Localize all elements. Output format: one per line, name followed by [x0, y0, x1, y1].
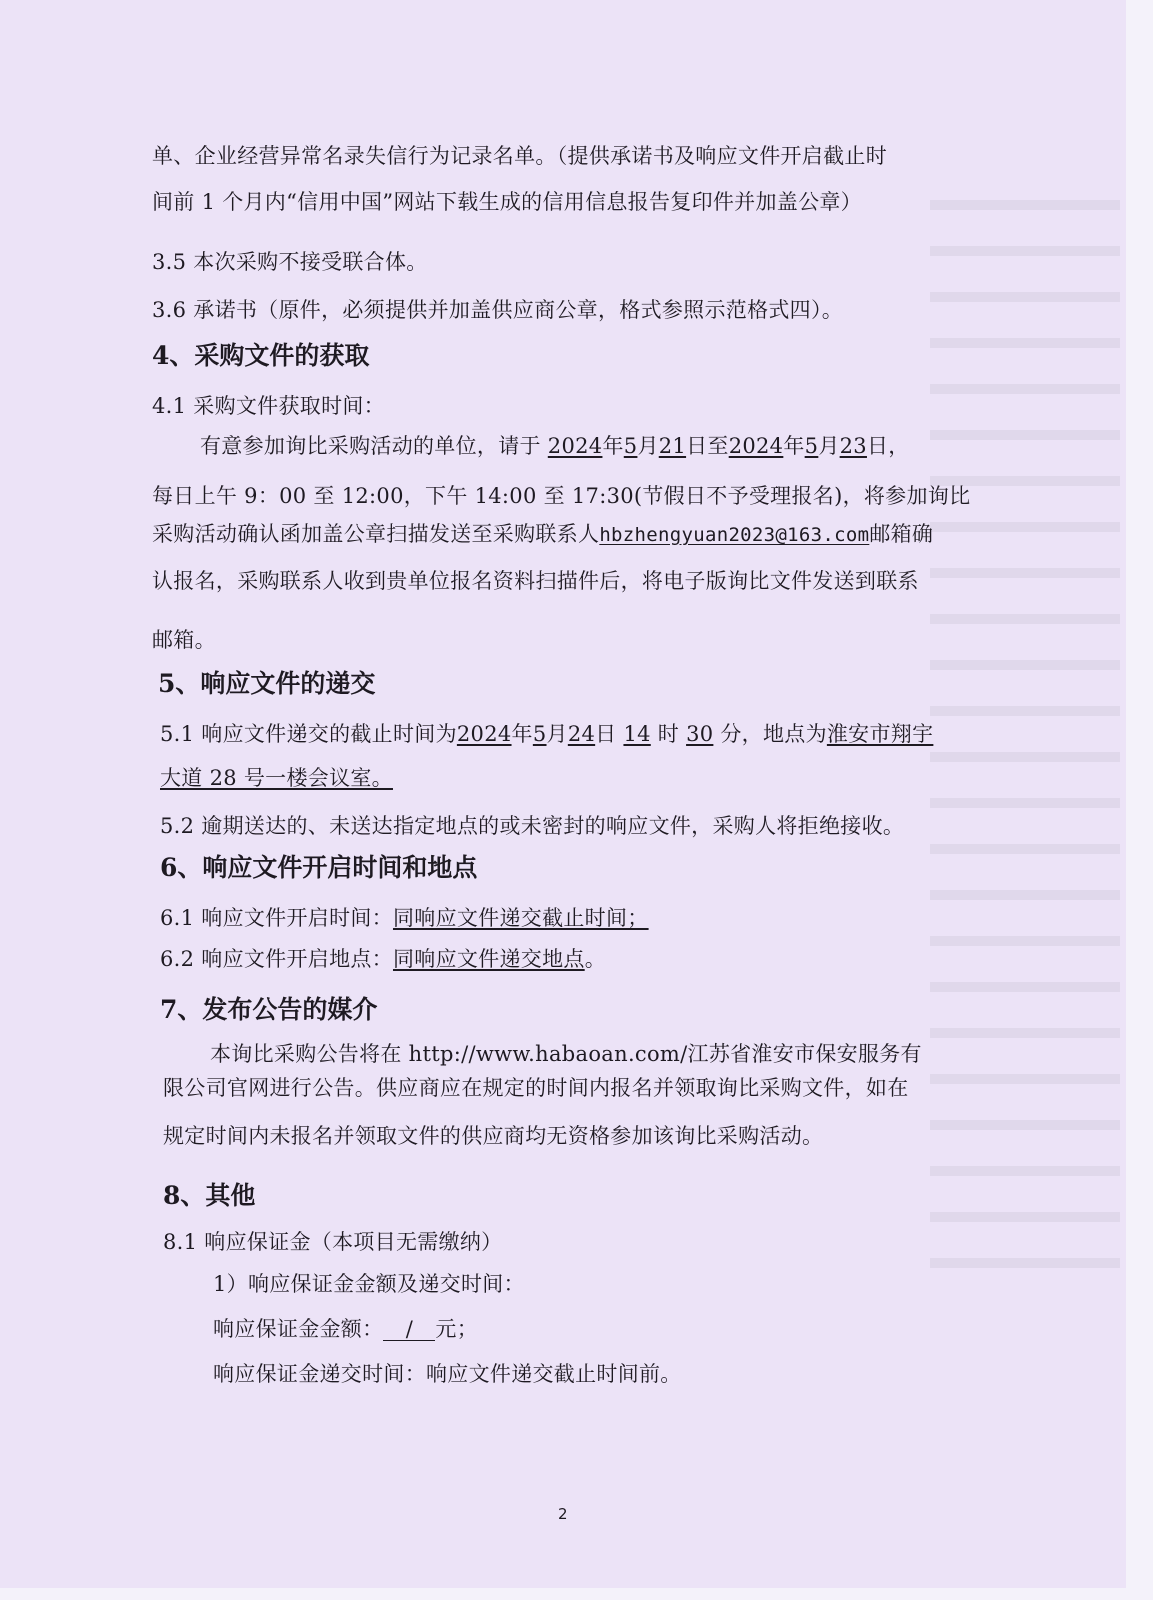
text: 年	[783, 434, 804, 458]
section-6-heading: 6、响应文件开启时间和地点	[160, 852, 477, 884]
text: 年	[512, 722, 533, 746]
page-number: 2	[558, 1505, 568, 1523]
submission-address-cont: 大道 28 号一楼会议室。	[160, 764, 393, 792]
text: 6.1 响应文件开启时间：	[160, 906, 393, 930]
text-line: 单、企业经营异常名录失信行为记录名单。（提供承诺书及响应文件开启截止时	[152, 142, 887, 170]
text-line: 认报名，采购联系人收到贵单位报名资料扫描件后，将电子版询比文件发送到联系	[152, 567, 919, 595]
deadline-year: 2024	[457, 722, 512, 746]
text: 元；	[435, 1317, 478, 1341]
text-line: 每日上午 9：00 至 12:00，下午 14:00 至 17:30(节假日不予…	[152, 482, 970, 510]
text: 日，	[867, 434, 910, 458]
text: 日	[595, 722, 616, 746]
text: 5.1 响应文件递交的截止时间为	[160, 722, 457, 746]
text: 邮箱确	[869, 522, 933, 546]
start-month: 5	[624, 434, 638, 458]
contact-email-link[interactable]: hbzhengyuan2023@163.com	[599, 524, 869, 546]
text: 响应保证金金额：	[213, 1317, 383, 1341]
text: 年	[602, 434, 623, 458]
deposit-amount-line: 响应保证金金额：/元；	[213, 1315, 478, 1343]
text-line: 本询比采购公告将在 http://www.habaoan.com/江苏省淮安市保…	[210, 1040, 922, 1068]
deadline-day: 24	[568, 722, 595, 746]
end-month: 5	[805, 434, 819, 458]
deadline-minute: 30	[686, 722, 713, 746]
clause-3-6: 3.6 承诺书（原件，必须提供并加盖供应商公章，格式参照示范格式四）。	[152, 296, 843, 324]
clause-6-1: 6.1 响应文件开启时间：同响应文件递交截止时间；	[160, 904, 649, 932]
email-line: 采购活动确认函加盖公章扫描发送至采购联系人hbzhengyuan2023@163…	[152, 520, 933, 549]
section-8-heading: 8、其他	[163, 1180, 255, 1212]
text: 。	[585, 947, 606, 971]
text-line: 间前 1 个月内“信用中国”网站下载生成的信用信息报告复印件并加盖公章）	[152, 188, 862, 216]
text: 日至	[686, 434, 729, 458]
deposit-amount-value: /	[383, 1318, 435, 1341]
item-1: 1）响应保证金金额及递交时间：	[213, 1270, 525, 1298]
text: 采购活动确认函加盖公章扫描发送至采购联系人	[152, 522, 599, 546]
clause-8-1: 8.1 响应保证金（本项目无需缴纳）	[163, 1228, 502, 1256]
clause-3-5: 3.5 本次采购不接受联合体。	[152, 248, 428, 276]
text-line: 规定时间内未报名并领取文件的供应商均无资格参加该询比采购活动。	[163, 1122, 823, 1150]
bleed-through-texture	[930, 200, 1120, 1300]
end-day: 23	[840, 434, 867, 458]
deadline-hour: 14	[623, 722, 650, 746]
end-year: 2024	[729, 434, 784, 458]
clause-6-2: 6.2 响应文件开启地点：同响应文件递交地点。	[160, 945, 606, 973]
clause-5-2: 5.2 逾期送达的、未送达指定地点的或未密封的响应文件，采购人将拒绝接收。	[160, 812, 904, 840]
text-line: 邮箱。	[152, 626, 216, 654]
start-day: 21	[659, 434, 686, 458]
opening-time-value: 同响应文件递交截止时间；	[393, 906, 649, 930]
opening-location-value: 同响应文件递交地点	[393, 947, 585, 971]
text: 月	[818, 434, 839, 458]
text: 6.2 响应文件开启地点：	[160, 947, 393, 971]
registration-period-line: 有意参加询比采购活动的单位，请于 2024年5月21日至2024年5月23日，	[200, 432, 910, 460]
text: 月	[637, 434, 658, 458]
deposit-time-line: 响应保证金递交时间：响应文件递交截止时间前。	[213, 1360, 682, 1388]
section-7-heading: 7、发布公告的媒介	[160, 994, 377, 1026]
clause-4-1: 4.1 采购文件获取时间：	[152, 392, 385, 420]
clause-5-1: 5.1 响应文件递交的截止时间为2024年5月24日 14 时 30 分，地点为…	[160, 720, 933, 748]
section-4-heading: 4、采购文件的获取	[152, 340, 369, 372]
submission-address: 淮安市翔宇	[827, 722, 934, 746]
text-line: 限公司官网进行公告。供应商应在规定的时间内报名并领取询比采购文件，如在	[163, 1074, 909, 1102]
start-year: 2024	[548, 434, 603, 458]
text: 时	[658, 722, 679, 746]
text: 分，地点为	[720, 722, 827, 746]
text: 有意参加询比采购活动的单位，请于	[200, 434, 541, 458]
text: 月	[547, 722, 568, 746]
section-5-heading: 5、响应文件的递交	[158, 668, 375, 700]
document-page: 单、企业经营异常名录失信行为记录名单。（提供承诺书及响应文件开启截止时 间前 1…	[0, 0, 1126, 1588]
deadline-month: 5	[533, 722, 547, 746]
